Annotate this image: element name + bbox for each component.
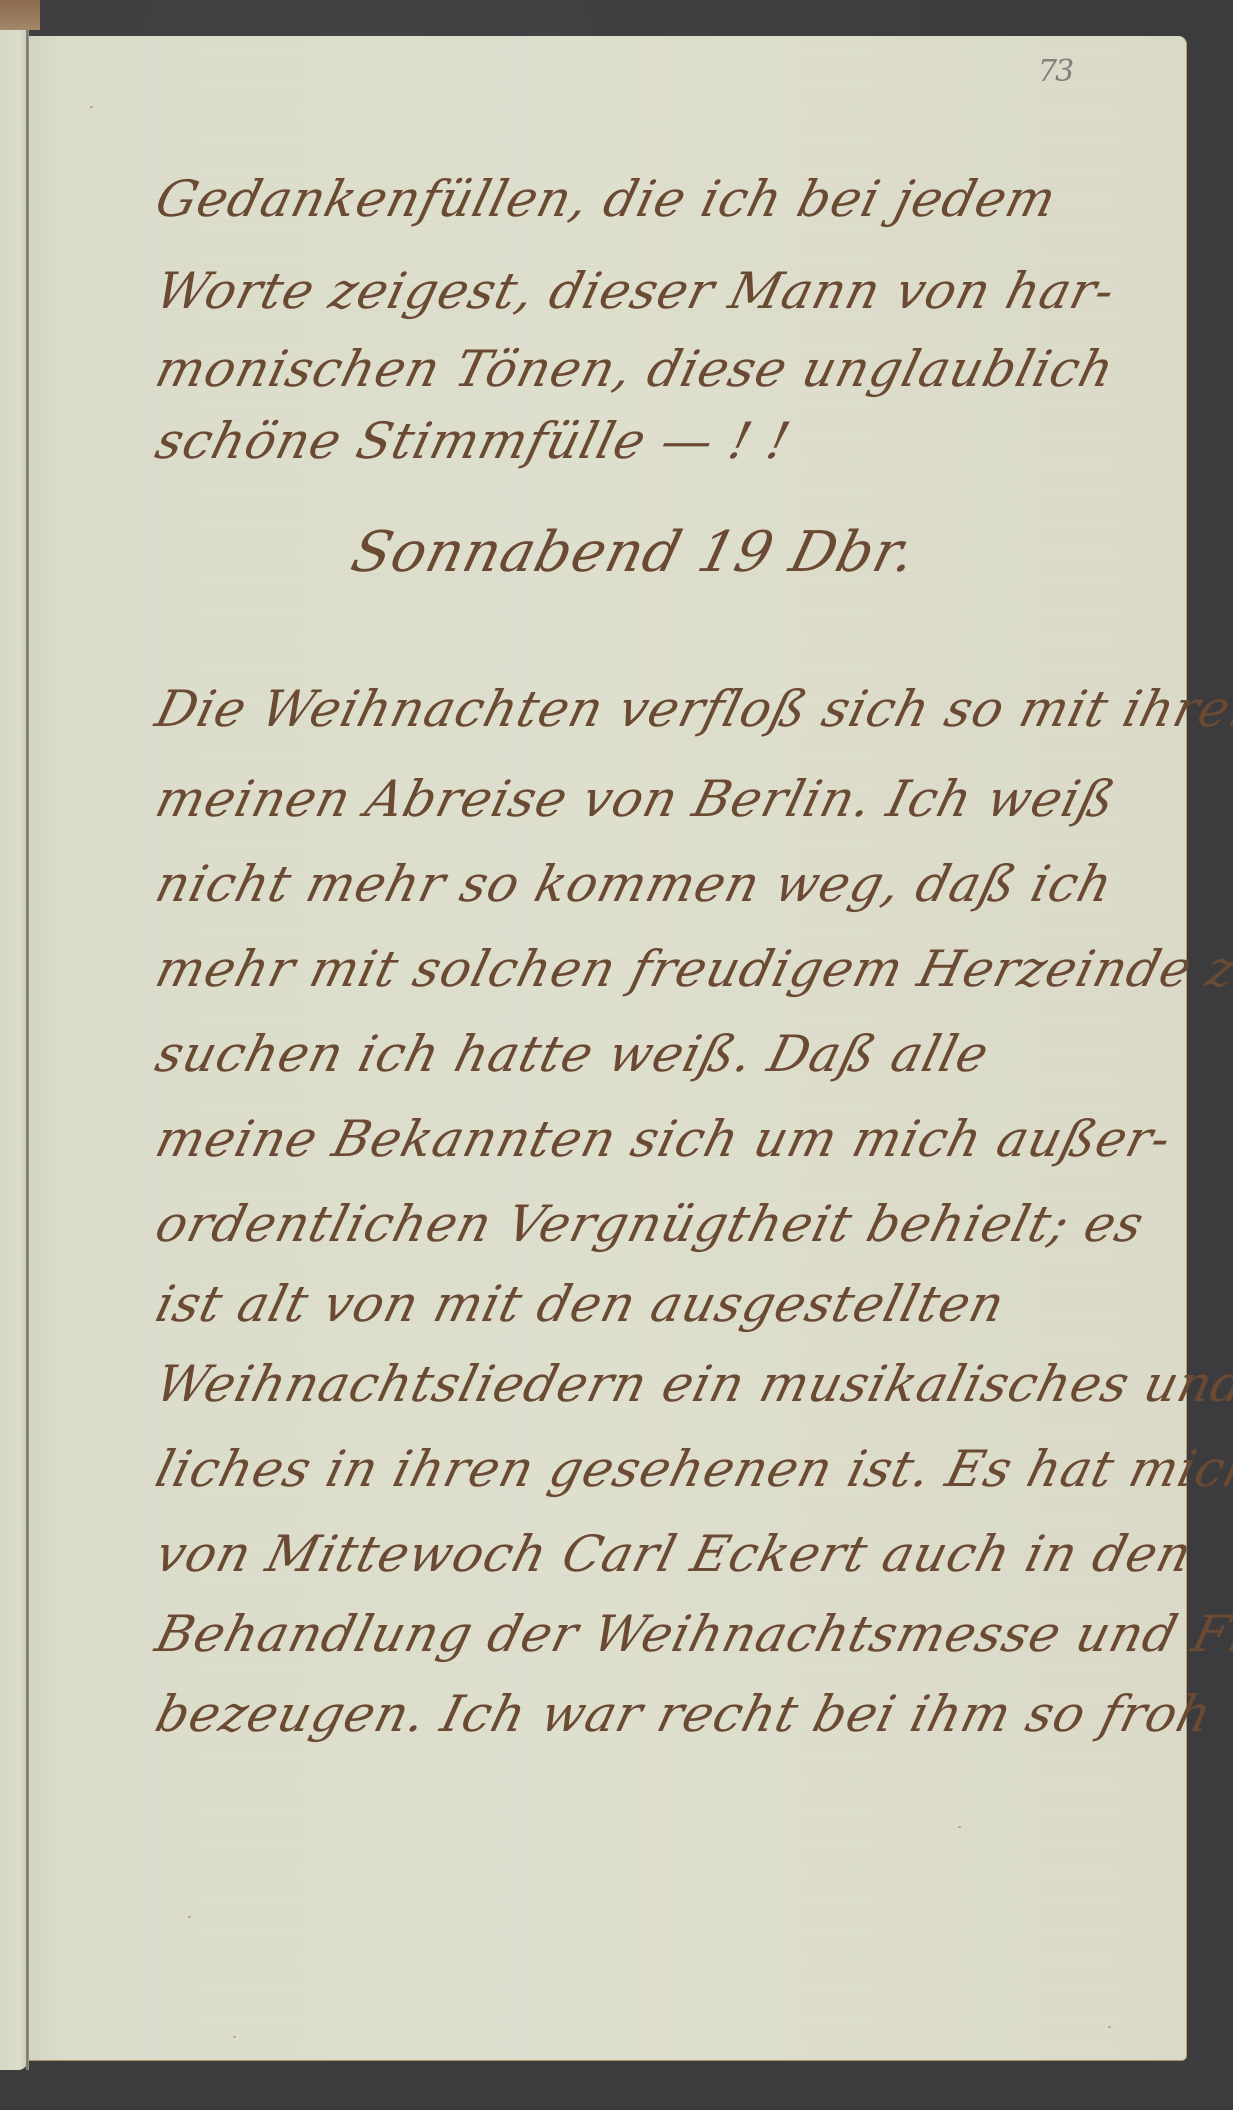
facing-page-edge: [0, 30, 28, 2070]
paper-speck: [233, 2036, 236, 2038]
manuscript-line: von Mittewoch Carl Eckert auch in den: [150, 1525, 1198, 1583]
date-heading: Sonnabend 19 Dbr.: [345, 520, 923, 585]
manuscript-line: schöne Stimmfülle — ! !: [150, 412, 796, 470]
manuscript-line: nicht mehr so kommen weg, daß ich: [150, 855, 1119, 913]
manuscript-line: meine Bekannten sich um mich außer-: [150, 1110, 1177, 1168]
manuscript-line: bezeugen. Ich war recht bei ihm so froh: [150, 1685, 1218, 1743]
folio-number: 73: [1038, 54, 1072, 89]
binding-edge: [0, 0, 40, 30]
paper-speck: [188, 1916, 191, 1918]
manuscript-line: liches in ihren gesehenen ist. Es hat mi…: [150, 1440, 1233, 1498]
scan-background: 73 Gedankenfüllen, die ich bei jedem Wor…: [0, 0, 1233, 2110]
paper-speck: [90, 106, 93, 108]
manuscript-line: ist alt von mit den ausgestellten: [150, 1275, 1011, 1333]
manuscript-line: mehr mit solchen freudigem Herzeinde zu: [150, 940, 1233, 998]
manuscript-line: Worte zeigest, dieser Mann von har-: [150, 262, 1121, 320]
paper-speck: [958, 1826, 961, 1828]
manuscript-line: monischen Tönen, diese unglaublich: [150, 340, 1120, 398]
manuscript-line: ordentlichen Vergnügtheit behielt; es: [150, 1195, 1150, 1253]
manuscript-line: suchen ich hatte weiß. Daß alle: [150, 1025, 995, 1083]
manuscript-line: Weihnachtsliedern ein musikalisches und …: [150, 1355, 1233, 1413]
manuscript-line: Gedankenfüllen, die ich bei jedem: [150, 170, 1063, 228]
manuscript-line: Behandlung der Weihnachtsmesse und Freun…: [150, 1605, 1233, 1663]
manuscript-line: meinen Abreise von Berlin. Ich weiß: [150, 770, 1121, 828]
gutter-fold: [26, 30, 29, 2070]
paper-speck: [1108, 2026, 1111, 2028]
manuscript-line: Die Weihnachten verfloß sich so mit ihre…: [150, 680, 1233, 738]
